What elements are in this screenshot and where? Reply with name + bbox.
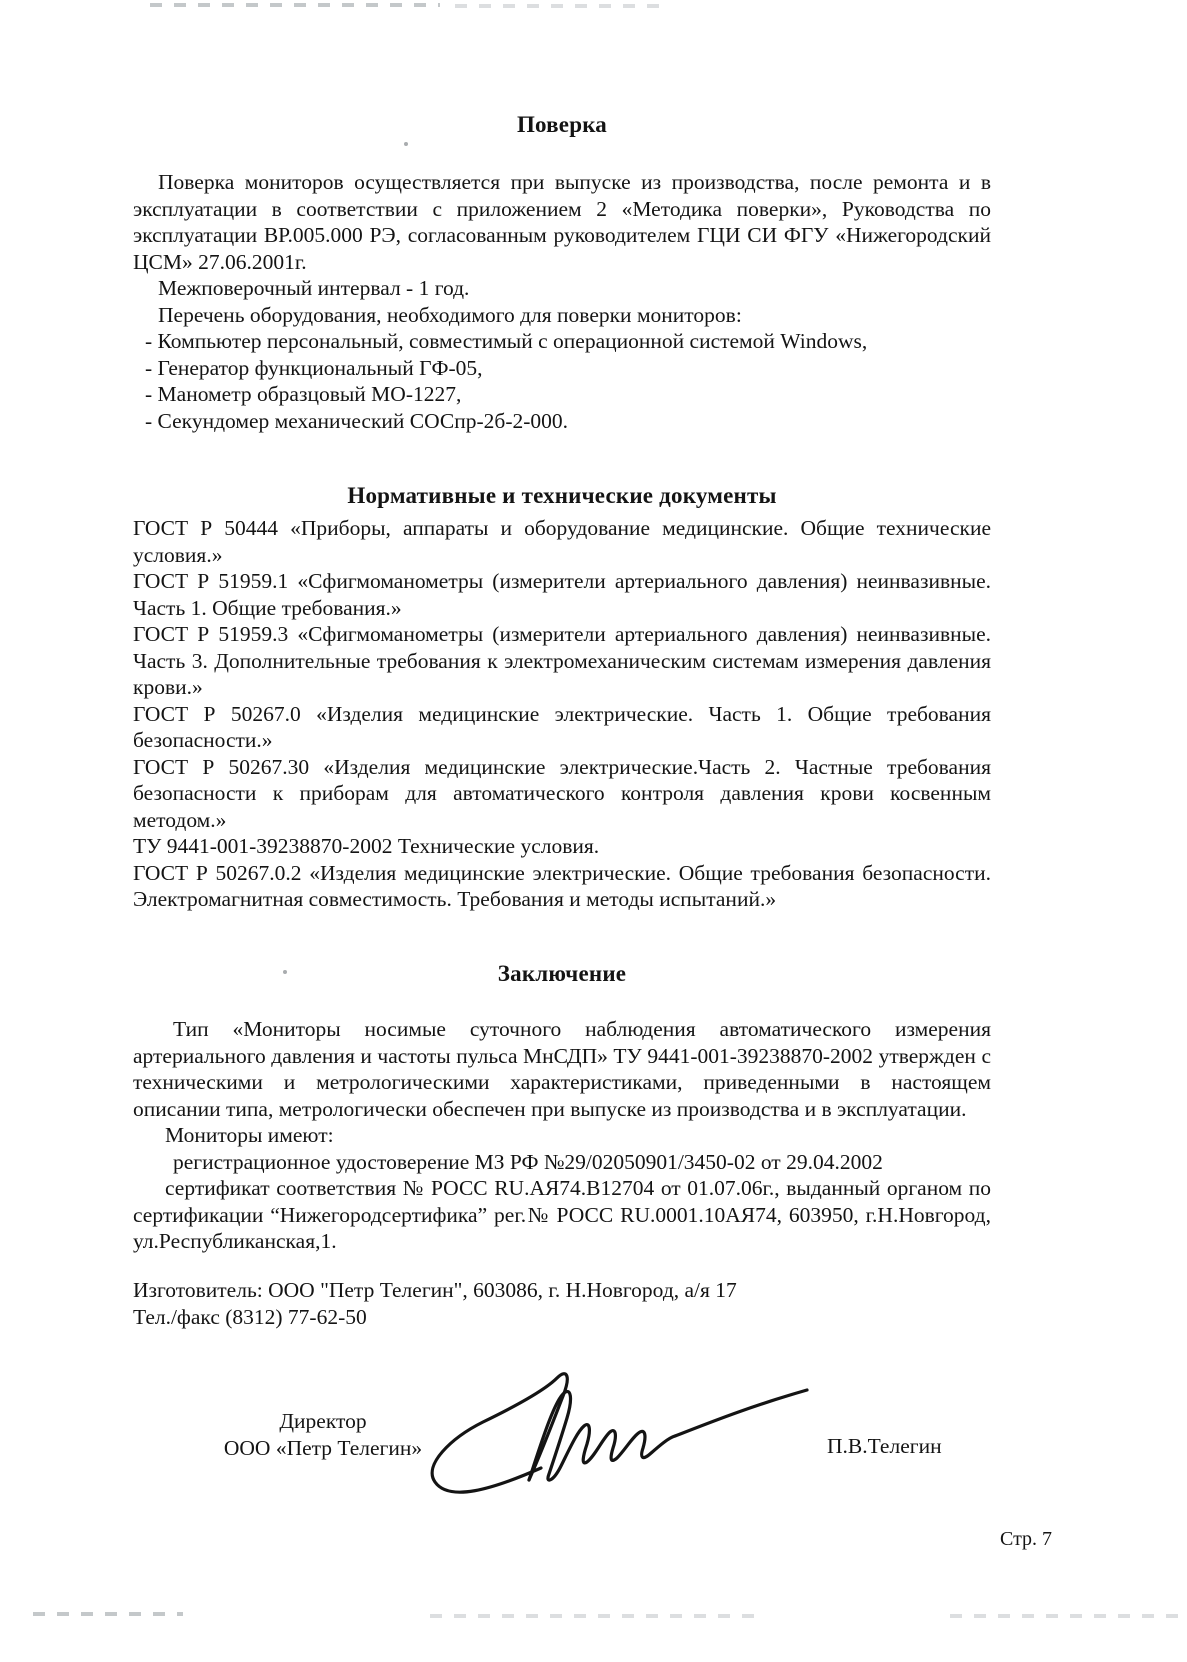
section-standards: ГОСТ Р 50444 «Приборы, аппараты и оборуд… <box>133 515 991 913</box>
scan-artifact-top-right <box>455 4 665 8</box>
standard-item: ГОСТ Р 51959.3 «Сфигмоманометры (измерит… <box>133 621 991 701</box>
monitors-have-line: Мониторы имеют: <box>133 1122 991 1149</box>
registration-line: регистрационное удостоверение МЗ РФ №29/… <box>133 1149 991 1176</box>
conclusion-paragraph: Тип «Мониторы носимые суточного наблюден… <box>133 1016 991 1122</box>
page-number: Стр. 7 <box>1000 1528 1052 1551</box>
signer-name: П.В.Телегин <box>827 1434 942 1459</box>
scan-dot-title <box>404 142 408 146</box>
section-heading-verification: Поверка <box>133 112 991 138</box>
standard-item: ТУ 9441-001-39238870-2002 Технические ус… <box>133 833 991 860</box>
signer-role: Директор ООО «Петр Телегин» <box>188 1408 458 1462</box>
manufacturer-line: Изготовитель: ООО "Петр Телегин", 603086… <box>133 1277 991 1304</box>
scan-artifact-bottom-middle <box>430 1614 760 1618</box>
section-verification: Поверка мониторов осуществляется при вып… <box>133 169 991 434</box>
handwritten-signature-icon <box>421 1370 811 1500</box>
standard-item: ГОСТ Р 50267.0 «Изделия медицинские элек… <box>133 701 991 754</box>
document-page: Поверка Поверка мониторов осуществляется… <box>0 0 1187 1662</box>
equipment-intro: Перечень оборудования, необходимого для … <box>133 302 991 329</box>
signature-block: Директор ООО «Петр Телегин» П.В.Телегин <box>133 1370 991 1500</box>
section-conclusion: Тип «Мониторы носимые суточного наблюден… <box>133 1016 991 1255</box>
phone-fax-line: Тел./факс (8312) 77-62-50 <box>133 1304 991 1331</box>
standard-item: ГОСТ Р 50267.30 «Изделия медицинские эле… <box>133 754 991 834</box>
scan-artifact-top-left <box>150 3 440 7</box>
section-heading-standards: Нормативные и технические документы <box>133 483 991 509</box>
standard-item: ГОСТ Р 51959.1 «Сфигмоманометры (измерит… <box>133 568 991 621</box>
equipment-item: - Компьютер персональный, совместимый с … <box>133 328 991 355</box>
signer-role-line2: ООО «Петр Телегин» <box>188 1435 458 1462</box>
equipment-item: - Манометр образцовый МО-1227, <box>133 381 991 408</box>
scan-artifact-bottom-right <box>950 1614 1182 1618</box>
section-manufacturer: Изготовитель: ООО "Петр Телегин", 603086… <box>133 1277 991 1330</box>
certificate-paragraph: сертификат соответствия № РОСС RU.АЯ74.В… <box>133 1175 991 1255</box>
equipment-item: - Секундомер механический СОСпр-2б-2-000… <box>133 408 991 435</box>
scan-artifact-bottom-left <box>33 1612 183 1616</box>
verification-interval: Межповерочный интервал - 1 год. <box>133 275 991 302</box>
standard-item: ГОСТ Р 50444 «Приборы, аппараты и оборуд… <box>133 515 991 568</box>
verification-paragraph: Поверка мониторов осуществляется при вып… <box>133 169 991 275</box>
signer-role-line1: Директор <box>188 1408 458 1435</box>
equipment-item: - Генератор функциональный ГФ-05, <box>133 355 991 382</box>
section-heading-conclusion: Заключение <box>133 961 991 987</box>
standard-item: ГОСТ Р 50267.0.2 «Изделия медицинские эл… <box>133 860 991 913</box>
